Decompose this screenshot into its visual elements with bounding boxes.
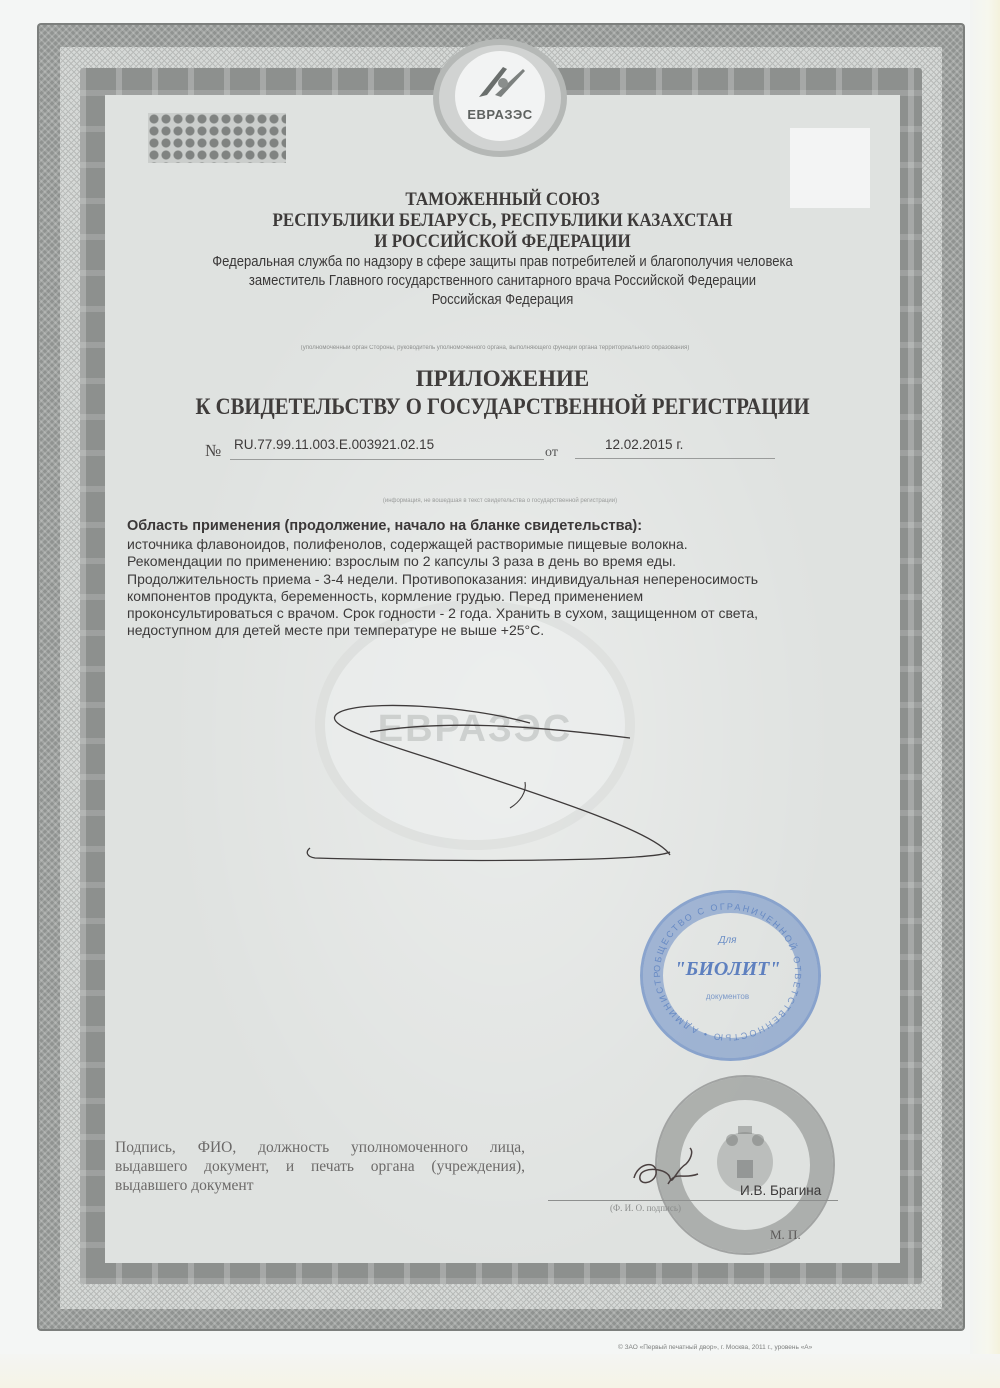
union-line-2: РЕСПУБЛИКИ БЕЛАРУСЬ, РЕСПУБЛИКИ КАЗАХСТА… xyxy=(137,211,868,232)
scope-line: Продолжительность приема - 3-4 недели. П… xyxy=(127,571,867,588)
union-line-3: И РОССИЙСКОЙ ФЕДЕРАЦИИ xyxy=(137,232,868,253)
certificate-page: ЕВРАЗЭС ТАМОЖЕННЫЙ СОЮЗ РЕСПУБЛИКИ БЕЛАР… xyxy=(0,0,1000,1388)
biolit-stamp: ОБЩЕСТВО С ОГРАНИЧЕННОЙ ОТВЕТСТВЕННОСТЬЮ… xyxy=(640,890,825,1060)
from-label: от xyxy=(545,445,558,461)
stamp-for-label: Для xyxy=(640,935,815,946)
signature-caption: Подпись, ФИО, должность уполномоченного … xyxy=(115,1138,525,1195)
scan-edge-right xyxy=(970,0,1000,1388)
eurasec-logo: ЕВРАЗЭС xyxy=(425,45,575,145)
agency-line-1: Федеральная служба по надзору в сфере за… xyxy=(145,253,861,272)
registration-date: 12.02.2015 г. xyxy=(575,437,775,459)
logo-text: ЕВРАЗЭС xyxy=(425,107,575,122)
seal-place-label: М. П. xyxy=(770,1227,801,1243)
scope-line: Рекомендации по применению: взрослым по … xyxy=(127,553,867,570)
security-hologram-patch xyxy=(148,113,286,163)
application-scope: Область применения (продолжение, начало … xyxy=(127,516,867,640)
fio-caption: (Ф. И. О. подпись) xyxy=(610,1203,681,1213)
scan-edge-bottom xyxy=(0,1354,1000,1388)
agency-line-2: заместитель Главного государственного са… xyxy=(145,272,861,291)
scope-line: недоступном для детей месте при температ… xyxy=(127,622,867,639)
title-line-1: ПРИЛОЖЕНИЕ xyxy=(105,365,900,393)
number-sign: № xyxy=(205,441,221,461)
stamp-doc-label: документов xyxy=(640,992,815,1001)
closing-stroke-signature xyxy=(295,680,715,870)
scope-heading: Область применения (продолжение, начало … xyxy=(127,516,867,536)
authority-caption: (уполномоченный орган Стороны, руководит… xyxy=(190,345,800,351)
registration-number-line: № RU.77.99.11.003.E.003921.02.15 от 12.0… xyxy=(205,437,805,467)
signer-signature xyxy=(628,1140,708,1200)
eurasec-emblem-icon xyxy=(473,61,529,101)
stamp-company-name: "БИОЛИТ" xyxy=(640,958,815,981)
registration-number: RU.77.99.11.003.E.003921.02.15 xyxy=(230,437,544,460)
signer-name: И.В. Брагина xyxy=(740,1183,821,1198)
agency-line-3: Российская Федерация xyxy=(145,291,861,310)
title-line-2: К СВИДЕТЕЛЬСТВУ О ГОСУДАРСТВЕННОЙ РЕГИСТ… xyxy=(145,393,861,421)
document-title: ПРИЛОЖЕНИЕ К СВИДЕТЕЛЬСТВУ О ГОСУДАРСТВЕ… xyxy=(105,365,900,421)
scope-line: проконсультироваться с врачом. Срок годн… xyxy=(127,605,867,622)
registration-caption: (информация, не вошедшая в текст свидете… xyxy=(290,498,710,504)
issuer-header: ТАМОЖЕННЫЙ СОЮЗ РЕСПУБЛИКИ БЕЛАРУСЬ, РЕС… xyxy=(105,190,900,310)
printer-imprint: © ЗАО «Первый печатный двор», г. Москва,… xyxy=(618,1344,812,1351)
scope-line: источника флавоноидов, полифенолов, соде… xyxy=(127,536,867,553)
scope-line: компонентов продукта, беременность, корм… xyxy=(127,588,867,605)
signature-underline xyxy=(548,1200,838,1201)
union-line-1: ТАМОЖЕННЫЙ СОЮЗ xyxy=(137,190,868,211)
